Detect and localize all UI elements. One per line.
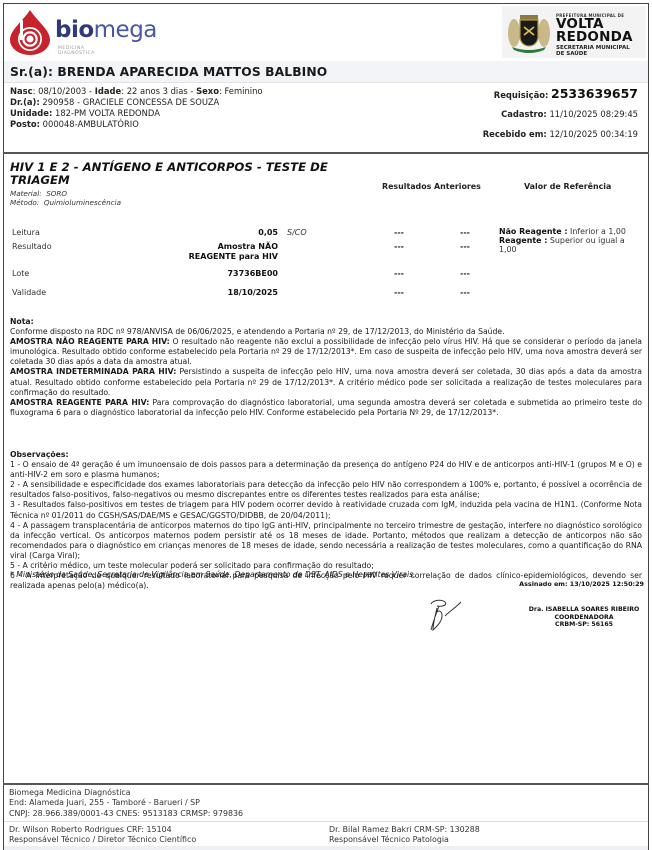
previous-result-2: --- (460, 242, 470, 251)
signer-registry: CRBM-SP: 56165 (524, 621, 644, 629)
footer-divider (3, 783, 649, 785)
footer-bottom-band (4, 846, 648, 850)
city-crest-icon (506, 9, 552, 55)
requisition-label: Requisição: (494, 90, 549, 100)
row-value-resultado: Amostra NÃO REAGENTE para HIV (189, 242, 278, 262)
cadastro-label: Cadastro: (501, 109, 547, 119)
note-item: AMOSTRA NÃO REAGENTE PARA HIV: O resulta… (10, 337, 642, 367)
doctor-label: Dr.(a): (10, 97, 40, 107)
observation-item: 4 - A passagem transplacentária de antic… (10, 521, 642, 561)
row-value-lote: 73736BE00 (227, 269, 278, 279)
resp1-role: Responsável Técnico / Diretor Técnico Ci… (9, 835, 196, 845)
note-label: AMOSTRA REAGENTE PARA HIV: (10, 398, 149, 407)
row-label-lote: Lote (12, 269, 29, 278)
ref-nr-text: Inferior a 1,00 (570, 227, 626, 236)
cadastro-value: 11/10/2025 08:29:45 (549, 109, 638, 119)
doctor-value: 290958 - GRACIELE CONCESSA DE SOUZA (42, 97, 219, 107)
exam-method: Método: Quimioluminescência (10, 198, 121, 207)
responsible-technical-2: Dr. Bilal Ramez Bakri CRM-SP: 130288 Res… (329, 825, 480, 846)
signer-block: Dra. ISABELLA SOARES RIBEIRO COORDENADOR… (524, 606, 644, 629)
footnote: * Ministério da Saúde, Secretaria de Vig… (10, 570, 416, 579)
company-address: Biomega Medicina Diagnóstica End: Alamed… (9, 788, 243, 819)
note-label: AMOSTRA NÃO REAGENTE PARA HIV: (10, 337, 170, 346)
sex-value: Feminino (224, 86, 262, 96)
previous-result-1: --- (394, 269, 404, 278)
method-value: Quimioluminescência (44, 198, 121, 207)
biomega-drop-icon (8, 8, 52, 56)
previous-result-1: --- (394, 228, 404, 237)
lab-report-page: biomega MEDICINA DIAGNÓSTICA PREFEITURA … (3, 3, 649, 783)
signed-at: Assinado em: 13/10/2025 12:50:29 (519, 580, 644, 588)
unit-value: 182-PM VOLTA REDONDA (55, 108, 160, 118)
report-header: biomega MEDICINA DIAGNÓSTICA PREFEITURA … (4, 4, 648, 61)
reference-non-reactive: Não Reagente : Inferior a 1,00 (499, 227, 644, 236)
birthdate-label: Nasc (10, 86, 33, 96)
received-value: 12/10/2025 00:34:19 (549, 129, 638, 139)
post-value: 000048-AMBULATÓRIO (43, 119, 139, 129)
observations-title: Observações: (10, 450, 642, 460)
reference-values: Não Reagente : Inferior a 1,00 Reagente … (499, 227, 644, 254)
observation-item: 3 - Resultados falso-positivos em testes… (10, 500, 642, 520)
patient-name-bar: Sr.(a): BRENDA APARECIDA MATTOS BALBINO (4, 61, 648, 83)
gov-department: SECRETARIA MUNICIPAL DE SAÚDE (556, 45, 630, 57)
notes-intro: Conforme disposto na RDC nº 978/ANVISA d… (10, 327, 642, 337)
row-label-resultado: Resultado (12, 242, 52, 251)
row-unit-leitura: S/CO (287, 228, 307, 237)
request-info: Requisição: 2533639657 Cadastro: 11/10/2… (483, 86, 638, 146)
requisition-row: Requisição: 2533639657 (483, 86, 638, 106)
biomega-logo: biomega MEDICINA DIAGNÓSTICA (8, 8, 118, 58)
report-footer: Biomega Medicina Diagnóstica End: Alamed… (3, 783, 649, 850)
resp2-role: Responsável Técnico Patologia (329, 835, 480, 845)
result-line-1: Amostra NÃO (189, 242, 278, 252)
signature-icon (409, 594, 484, 632)
volta-redonda-logo: PREFEITURA MUNICIPAL DE VOLTA REDONDA SE… (502, 6, 646, 58)
row-label-validade: Validade (12, 288, 46, 297)
resp2-name: Dr. Bilal Ramez Bakri CRM-SP: 130288 (329, 825, 480, 835)
signer-role: COORDENADORA (524, 614, 644, 622)
company-ids: CNPJ: 28.966.389/0001-43 CNES: 9513183 C… (9, 809, 243, 819)
row-label-leitura: Leitura (12, 228, 40, 237)
notes-section: Nota: Conforme disposto na RDC nº 978/AN… (10, 317, 642, 418)
gov-city: VOLTA REDONDA (556, 18, 633, 44)
responsible-technical-1: Dr. Wilson Roberto Rodrigues CRF: 15104 … (9, 825, 196, 846)
resp1-name: Dr. Wilson Roberto Rodrigues CRF: 15104 (9, 825, 196, 835)
brand-bold: bio (55, 17, 94, 43)
gov-city-line2: REDONDA (556, 31, 633, 44)
row-value-leitura: 0,05 (258, 228, 278, 238)
brand-tagline: MEDICINA DIAGNÓSTICA (58, 46, 118, 56)
previous-result-2: --- (460, 269, 470, 278)
notes-title: Nota: (10, 317, 642, 327)
reference-header: Valor de Referência (524, 182, 611, 191)
cadastro-row: Cadastro: 11/10/2025 08:29:45 (483, 106, 638, 126)
material-label: Material: (10, 189, 42, 198)
patient-name: Sr.(a): BRENDA APARECIDA MATTOS BALBINO (10, 65, 327, 79)
row-value-validade: 18/10/2025 (228, 288, 278, 298)
observation-item: 1 - O ensaio de 4ª geração é um imunoens… (10, 460, 642, 480)
company-street: End: Alameda Juari, 255 - Tamboré - Baru… (9, 798, 243, 808)
post-label: Posto: (10, 119, 40, 129)
patient-doctor: Dr.(a): 290958 - GRACIELE CONCESSA DE SO… (10, 97, 263, 108)
age-value: 22 anos 3 dias (127, 86, 188, 96)
received-row: Recebido em: 12/10/2025 00:34:19 (483, 126, 638, 146)
gov-dept-line2: DE SAÚDE (556, 51, 630, 57)
ref-r-label: Reagente : (499, 236, 547, 245)
previous-result-1: --- (394, 288, 404, 297)
patient-unit: Unidade: 182-PM VOLTA REDONDA (10, 108, 263, 119)
note-label: AMOSTRA INDETERMINADA PARA HIV: (10, 367, 176, 376)
exam-meta: Material: SORO Método: Quimioluminescênc… (10, 189, 121, 207)
observation-item: 2 - A sensibilidade e especificidade dos… (10, 480, 642, 500)
exam-title: HIV 1 E 2 - ANTÍGENO E ANTICORPOS - TEST… (10, 161, 350, 187)
material-value: SORO (46, 189, 67, 198)
previous-results-header: Resultados Anteriores (382, 182, 481, 191)
signer-name: Dra. ISABELLA SOARES RIBEIRO (524, 606, 644, 614)
requisition-number: 2533639657 (551, 86, 638, 101)
ref-nr-label: Não Reagente : (499, 227, 568, 236)
unit-label: Unidade: (10, 108, 52, 118)
section-divider (3, 152, 649, 154)
note-item: AMOSTRA REAGENTE PARA HIV: Para comprova… (10, 398, 642, 418)
received-label: Recebido em: (483, 129, 547, 139)
company-name: Biomega Medicina Diagnóstica (9, 788, 243, 798)
previous-result-2: --- (460, 288, 470, 297)
age-label: Idade (95, 86, 121, 96)
patient-info: Nasc: 08/10/2003 - Idade: 22 anos 3 dias… (10, 86, 263, 130)
patient-post: Posto: 000048-AMBULATÓRIO (10, 119, 263, 130)
brand-light: mega (94, 17, 157, 43)
reference-reactive: Reagente : Superior ou igual a 1,00 (499, 236, 644, 254)
previous-result-1: --- (394, 242, 404, 251)
brand-wordmark: biomega (55, 19, 157, 42)
previous-result-2: --- (460, 228, 470, 237)
note-item: AMOSTRA INDETERMINADA PARA HIV: Persisti… (10, 367, 642, 397)
method-label: Método: (10, 198, 39, 207)
result-line-2: REAGENTE para HIV (189, 252, 278, 262)
birthdate-value: 08/10/2003 (38, 86, 86, 96)
patient-name-value: BRENDA APARECIDA MATTOS BALBINO (57, 65, 327, 79)
footer-separator (4, 821, 648, 822)
exam-material: Material: SORO (10, 189, 121, 198)
sex-label: Sexo (196, 86, 219, 96)
patient-demographics: Nasc: 08/10/2003 - Idade: 22 anos 3 dias… (10, 86, 263, 97)
patient-name-label: Sr.(a): (10, 65, 53, 79)
